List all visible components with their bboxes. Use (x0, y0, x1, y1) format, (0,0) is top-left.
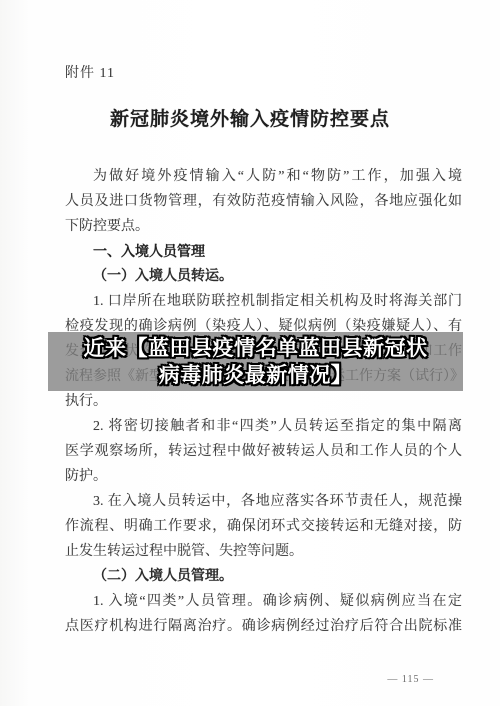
overlay-banner-line-2: 病毒肺炎最新情况】 (159, 362, 353, 389)
document-line: 止发生转运过程中脱管、失控等问题。 (65, 539, 462, 564)
document-line: 医学观察场所，转运过程中做好被转运人员和工作人员的个人 (65, 439, 462, 464)
sub-heading: （二）入境人员管理。 (65, 564, 462, 589)
document-line: 1. 口岸所在地联防联控机制指定相关机构及时将海关部门 (65, 289, 462, 314)
page-number: — 115 — (387, 674, 434, 685)
overlay-banner: 近来【蓝田县疫情名单蓝田县新冠状 病毒肺炎最新情况】 (48, 332, 463, 391)
document-line: 防护。 (65, 464, 462, 489)
document-line: 1. 入境“四类”人员管理。确诊病例、疑似病例应当在定 (65, 589, 462, 614)
document-line: 点医疗机构进行隔离治疗。确诊病例经过治疗后符合出院标准 (65, 614, 462, 639)
section-heading: 一、入境人员管理 (65, 239, 462, 264)
attachment-label: 附件 11 (65, 62, 115, 82)
document-line: 人员及进口货物管理，有效防范疫情输入风险，各地应强化如 (65, 189, 462, 214)
sub-heading: （一）入境人员转运。 (65, 264, 462, 289)
document-line: 作流程、明确工作要求，确保闭环式交接转运和无缝对接，防 (65, 514, 462, 539)
document-line: 为做好境外疫情输入“人防”和“物防”工作，加强入境 (65, 164, 462, 189)
document-line: 执行。 (65, 389, 462, 414)
overlay-banner-line-1: 近来【蓝田县疫情名单蓝田县新冠状 (84, 335, 428, 362)
document-title: 新冠肺炎境外输入疫情防控要点 (0, 104, 500, 131)
document-line: 2. 将密切接触者和非“四类”人员转运至指定的集中隔离 (65, 414, 462, 439)
document-line: 下防控要点。 (65, 214, 462, 239)
document-page: 附件 11 新冠肺炎境外输入疫情防控要点 为做好境外疫情输入“人防”和“物防”工… (0, 0, 500, 706)
document-body: 为做好境外疫情输入“人防”和“物防”工作，加强入境人员及进口货物管理，有效防范疫… (65, 164, 462, 639)
document-line: 3. 在入境人员转运中，各地应落实各环节责任人，规范操 (65, 489, 462, 514)
